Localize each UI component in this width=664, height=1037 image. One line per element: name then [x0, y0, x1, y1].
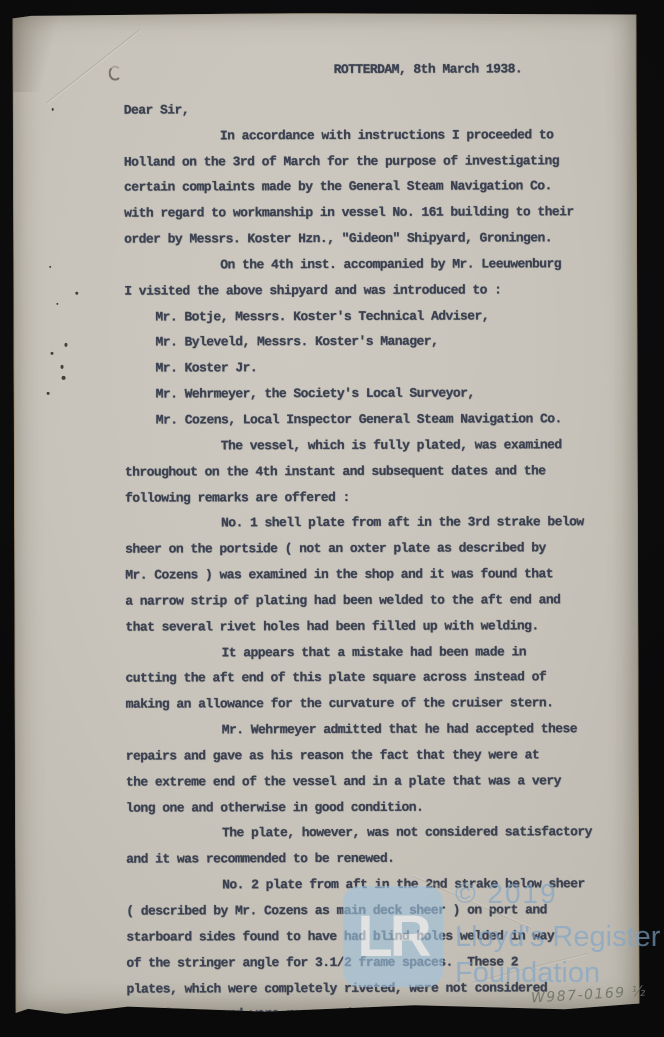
letter-line: Mr. Wehrmeyer, the Society's Local Surve…	[125, 380, 618, 407]
letter-line: Mr. Botje, Messrs. Koster's Technical Ad…	[124, 303, 617, 330]
paper-speck	[75, 292, 78, 295]
letter-page: ROTTERDAM, 8th March 1938. Dear Sir, In …	[12, 12, 639, 1016]
letter-line: following remarks are offered :	[125, 484, 618, 511]
paper-speck	[52, 108, 54, 111]
letter-line: I visited the above shipyard and was int…	[124, 277, 617, 304]
letter-line: No. 2 plate from aft in the 2nd strake b…	[126, 871, 619, 898]
letter-line: It appears that a mistake had been made …	[125, 639, 618, 666]
letter-line: Mr. Cozens, Local Inspector General Stea…	[125, 406, 618, 433]
letter-line: Mr. Byleveld, Messrs. Koster's Manager,	[124, 329, 617, 356]
paper-speck	[56, 303, 58, 305]
paper-blemish	[109, 66, 122, 81]
letter-line: Holland on the 3rd of March for the purp…	[124, 148, 617, 175]
letter-line: making an allowance for the curvature of…	[126, 690, 619, 717]
letter-line: certain complaints made by the General S…	[124, 173, 617, 200]
letter-line: The plate, however, was not considered s…	[126, 820, 619, 847]
letter-line: cutting the aft end of this plate square…	[125, 664, 618, 691]
letter-line: long one and otherwise in good condition…	[126, 794, 619, 821]
letter-line: order by Messrs. Koster Hzn., "Gideon" S…	[124, 225, 617, 252]
letter-line: repairs and gave as his reason the fact …	[126, 742, 619, 769]
letter-salutation: Dear Sir,	[124, 96, 617, 123]
paper-fold	[12, 14, 70, 92]
letter-line: throughout on the 4th instant and subseq…	[125, 458, 618, 485]
letter-line: the extreme end of the vessel and in a p…	[126, 768, 619, 795]
letter-line: that several rivet holes had been filled…	[125, 613, 618, 640]
letter-content: ROTTERDAM, 8th March 1938. Dear Sir, In …	[124, 56, 620, 1028]
letter-line: Mr. Koster Jr.	[125, 354, 618, 381]
letter-line: Mr. Wehrmeyer admitted that he had accep…	[126, 716, 619, 743]
letter-body: In accordance with instructions I procee…	[124, 122, 620, 1028]
letter-dateline: ROTTERDAM, 8th March 1938.	[124, 56, 617, 83]
letter-line: No. 1 shell plate from aft in the 3rd st…	[125, 509, 618, 536]
letter-line: On the 4th inst. accompanied by Mr. Leeu…	[124, 251, 617, 278]
letter-line: Mr. Cozens ) was examined in the shop an…	[125, 561, 618, 588]
letter-line: a narrow strip of plating had been welde…	[125, 587, 618, 614]
letter-line: and it was recommended to be renewed.	[126, 845, 619, 872]
paper-speck	[64, 343, 67, 347]
letter-line: with regard to workmanship in vessel No.…	[124, 199, 617, 226]
photo-backdrop: ROTTERDAM, 8th March 1938. Dear Sir, In …	[0, 0, 664, 1037]
letter-line: of the stringer angle for 3.1/2 frame sp…	[126, 949, 619, 976]
letter-line: The vessel, which is fully plated, was e…	[125, 432, 618, 459]
letter-line: ( described by Mr. Cozens as main deck s…	[126, 897, 619, 924]
paper-speck	[61, 365, 64, 369]
paper-speck	[47, 392, 50, 395]
paper-speck	[50, 352, 53, 355]
paper-speck	[62, 376, 66, 380]
letter-line: sheer on the portside ( not an oxter pla…	[125, 535, 618, 562]
letter-line: In accordance with instructions I procee…	[124, 122, 617, 149]
paper-speck	[49, 266, 51, 268]
letter-line: starboard sides found to have had blind …	[126, 923, 619, 950]
